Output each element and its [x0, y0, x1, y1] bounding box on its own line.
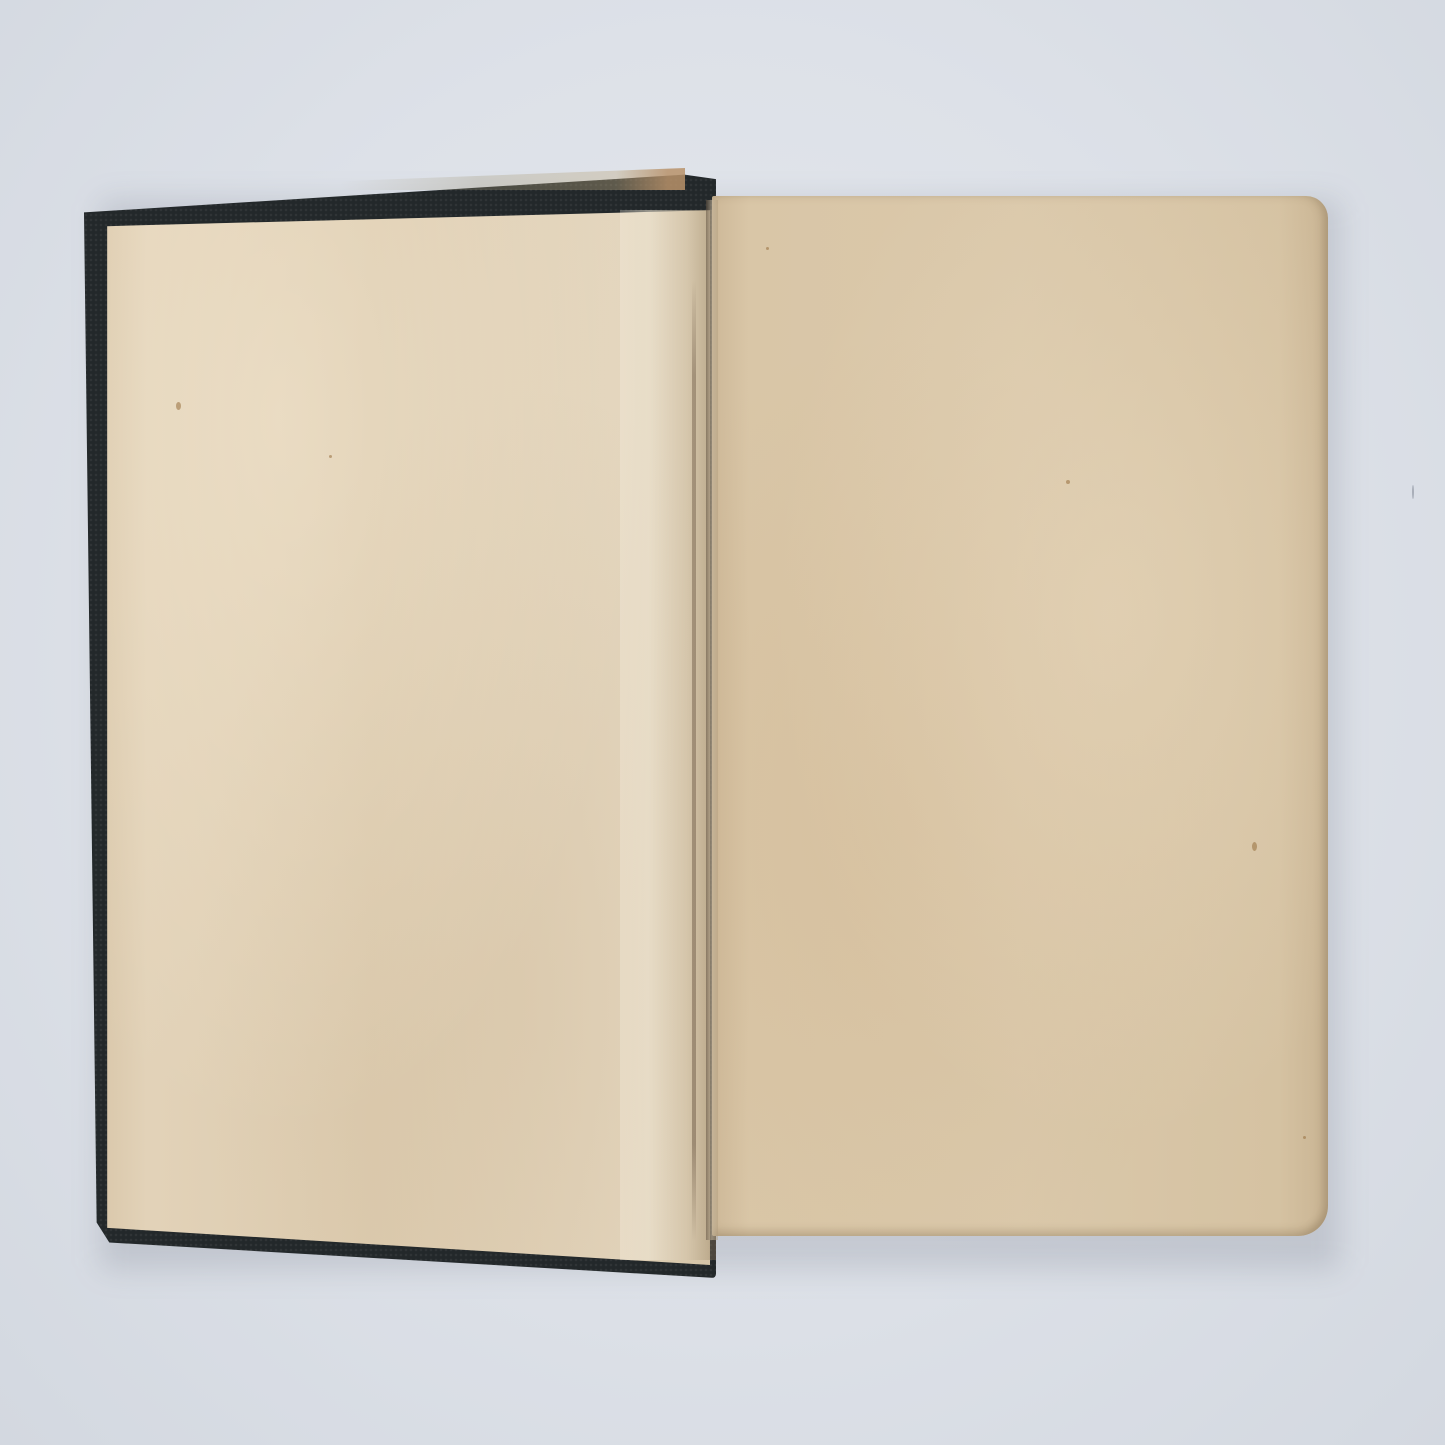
- foxing-spot: [1303, 1136, 1306, 1139]
- foxing-spot: [1066, 480, 1070, 484]
- front-pastedown-endpaper: [98, 205, 710, 1265]
- free-endpaper-page: [712, 196, 1328, 1236]
- photo-scene: [0, 0, 1445, 1445]
- foxing-spot: [176, 402, 181, 410]
- foxing-spot: [329, 455, 332, 458]
- cover-worn-edge: [340, 168, 685, 190]
- foxing-spot: [1252, 842, 1257, 851]
- hinge-crease: [692, 280, 696, 1240]
- foxing-spot: [1412, 485, 1414, 499]
- inner-hinge: [620, 210, 716, 1260]
- foxing-spot: [766, 247, 769, 250]
- page-fold-edge: [706, 200, 718, 1240]
